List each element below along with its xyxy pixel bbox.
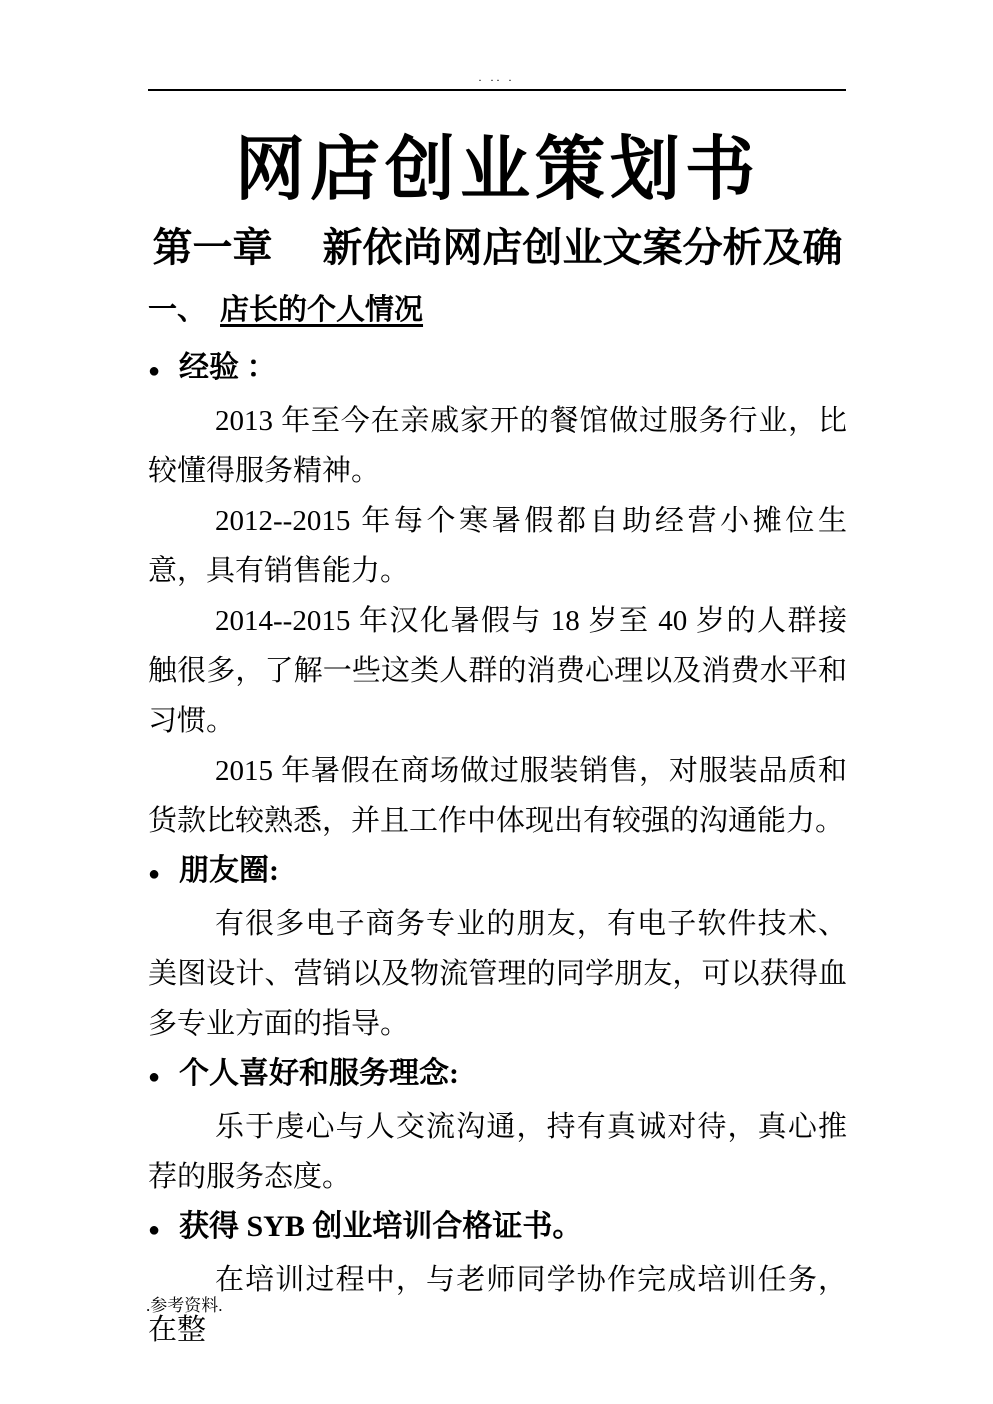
bullet-item: ● 个人喜好和服务理念: 乐于虔心与人交流沟通，持有真诚对待，真心推荐的服务态度… (148, 1049, 847, 1202)
header-dots: . .. . (0, 70, 993, 85)
paragraph: 乐于虔心与人交流沟通，持有真诚对待，真心推荐的服务态度。 (148, 1102, 847, 1202)
footer-note: .参考资料. (146, 1295, 223, 1317)
bullet-dot-icon: ● (148, 346, 179, 396)
bullet-heading-row: ● 获得 SYB 创业培训合格证书。 (148, 1202, 847, 1255)
bullet-heading: 经验 ： (179, 343, 277, 393)
bullet-heading-row: ● 朋友圈: (148, 846, 847, 899)
bullet-heading: 朋友圈: (179, 846, 279, 896)
bullet-dot-icon: ● (148, 1052, 179, 1102)
document-page: . .. . 网店创业策划书 第一章 新依尚网店创业文案分析及确 一、店长的个人… (0, 0, 993, 1404)
document-title: 网店创业策划书 (148, 129, 847, 213)
chapter-heading: 第一章 新依尚网店创业文案分析及确 (148, 225, 847, 271)
bullet-heading: 获得 SYB 创业培训合格证书。 (179, 1202, 582, 1252)
header-rule (148, 89, 846, 91)
bullet-heading-row: ● 经验 ： (148, 343, 847, 396)
bullet-list: ● 经验 ： 2013 年至今在亲戚家开的餐馆做过服务行业，比较懂得服务精神。 … (148, 343, 847, 1355)
paragraph: 在培训过程中，与老师同学协作完成培训任务，在整 (148, 1255, 847, 1355)
section-title: 店长的个人情况 (220, 294, 423, 326)
bullet-item: ● 朋友圈: 有很多电子商务专业的朋友，有电子软件技术、美图设计、营销以及物流管… (148, 846, 847, 1049)
bullet-item: ● 经验 ： 2013 年至今在亲戚家开的餐馆做过服务行业，比较懂得服务精神。 … (148, 343, 847, 846)
bullet-item: ● 获得 SYB 创业培训合格证书。 在培训过程中，与老师同学协作完成培训任务，… (148, 1202, 847, 1355)
bullet-dot-icon: ● (148, 849, 179, 899)
document-body: 网店创业策划书 第一章 新依尚网店创业文案分析及确 一、店长的个人情况 ● 经验… (0, 129, 993, 1355)
paragraph: 有很多电子商务专业的朋友，有电子软件技术、美图设计、营销以及物流管理的同学朋友，… (148, 899, 847, 1049)
paragraph: 2015 年暑假在商场做过服装销售，对服装品质和货款比较熟悉，并且工作中体现出有… (148, 746, 847, 846)
section-heading: 一、店长的个人情况 (148, 293, 847, 327)
section-number: 一、 (148, 294, 206, 326)
bullet-heading: 个人喜好和服务理念: (179, 1049, 459, 1099)
paragraph: 2013 年至今在亲戚家开的餐馆做过服务行业，比较懂得服务精神。 (148, 396, 847, 496)
paragraph: 2014--2015 年汉化暑假与 18 岁至 40 岁的人群接触很多，了解一些… (148, 596, 847, 746)
bullet-heading-row: ● 个人喜好和服务理念: (148, 1049, 847, 1102)
paragraph: 2012--2015 年每个寒暑假都自助经营小摊位生意，具有销售能力。 (148, 496, 847, 596)
bullet-dot-icon: ● (148, 1205, 179, 1255)
